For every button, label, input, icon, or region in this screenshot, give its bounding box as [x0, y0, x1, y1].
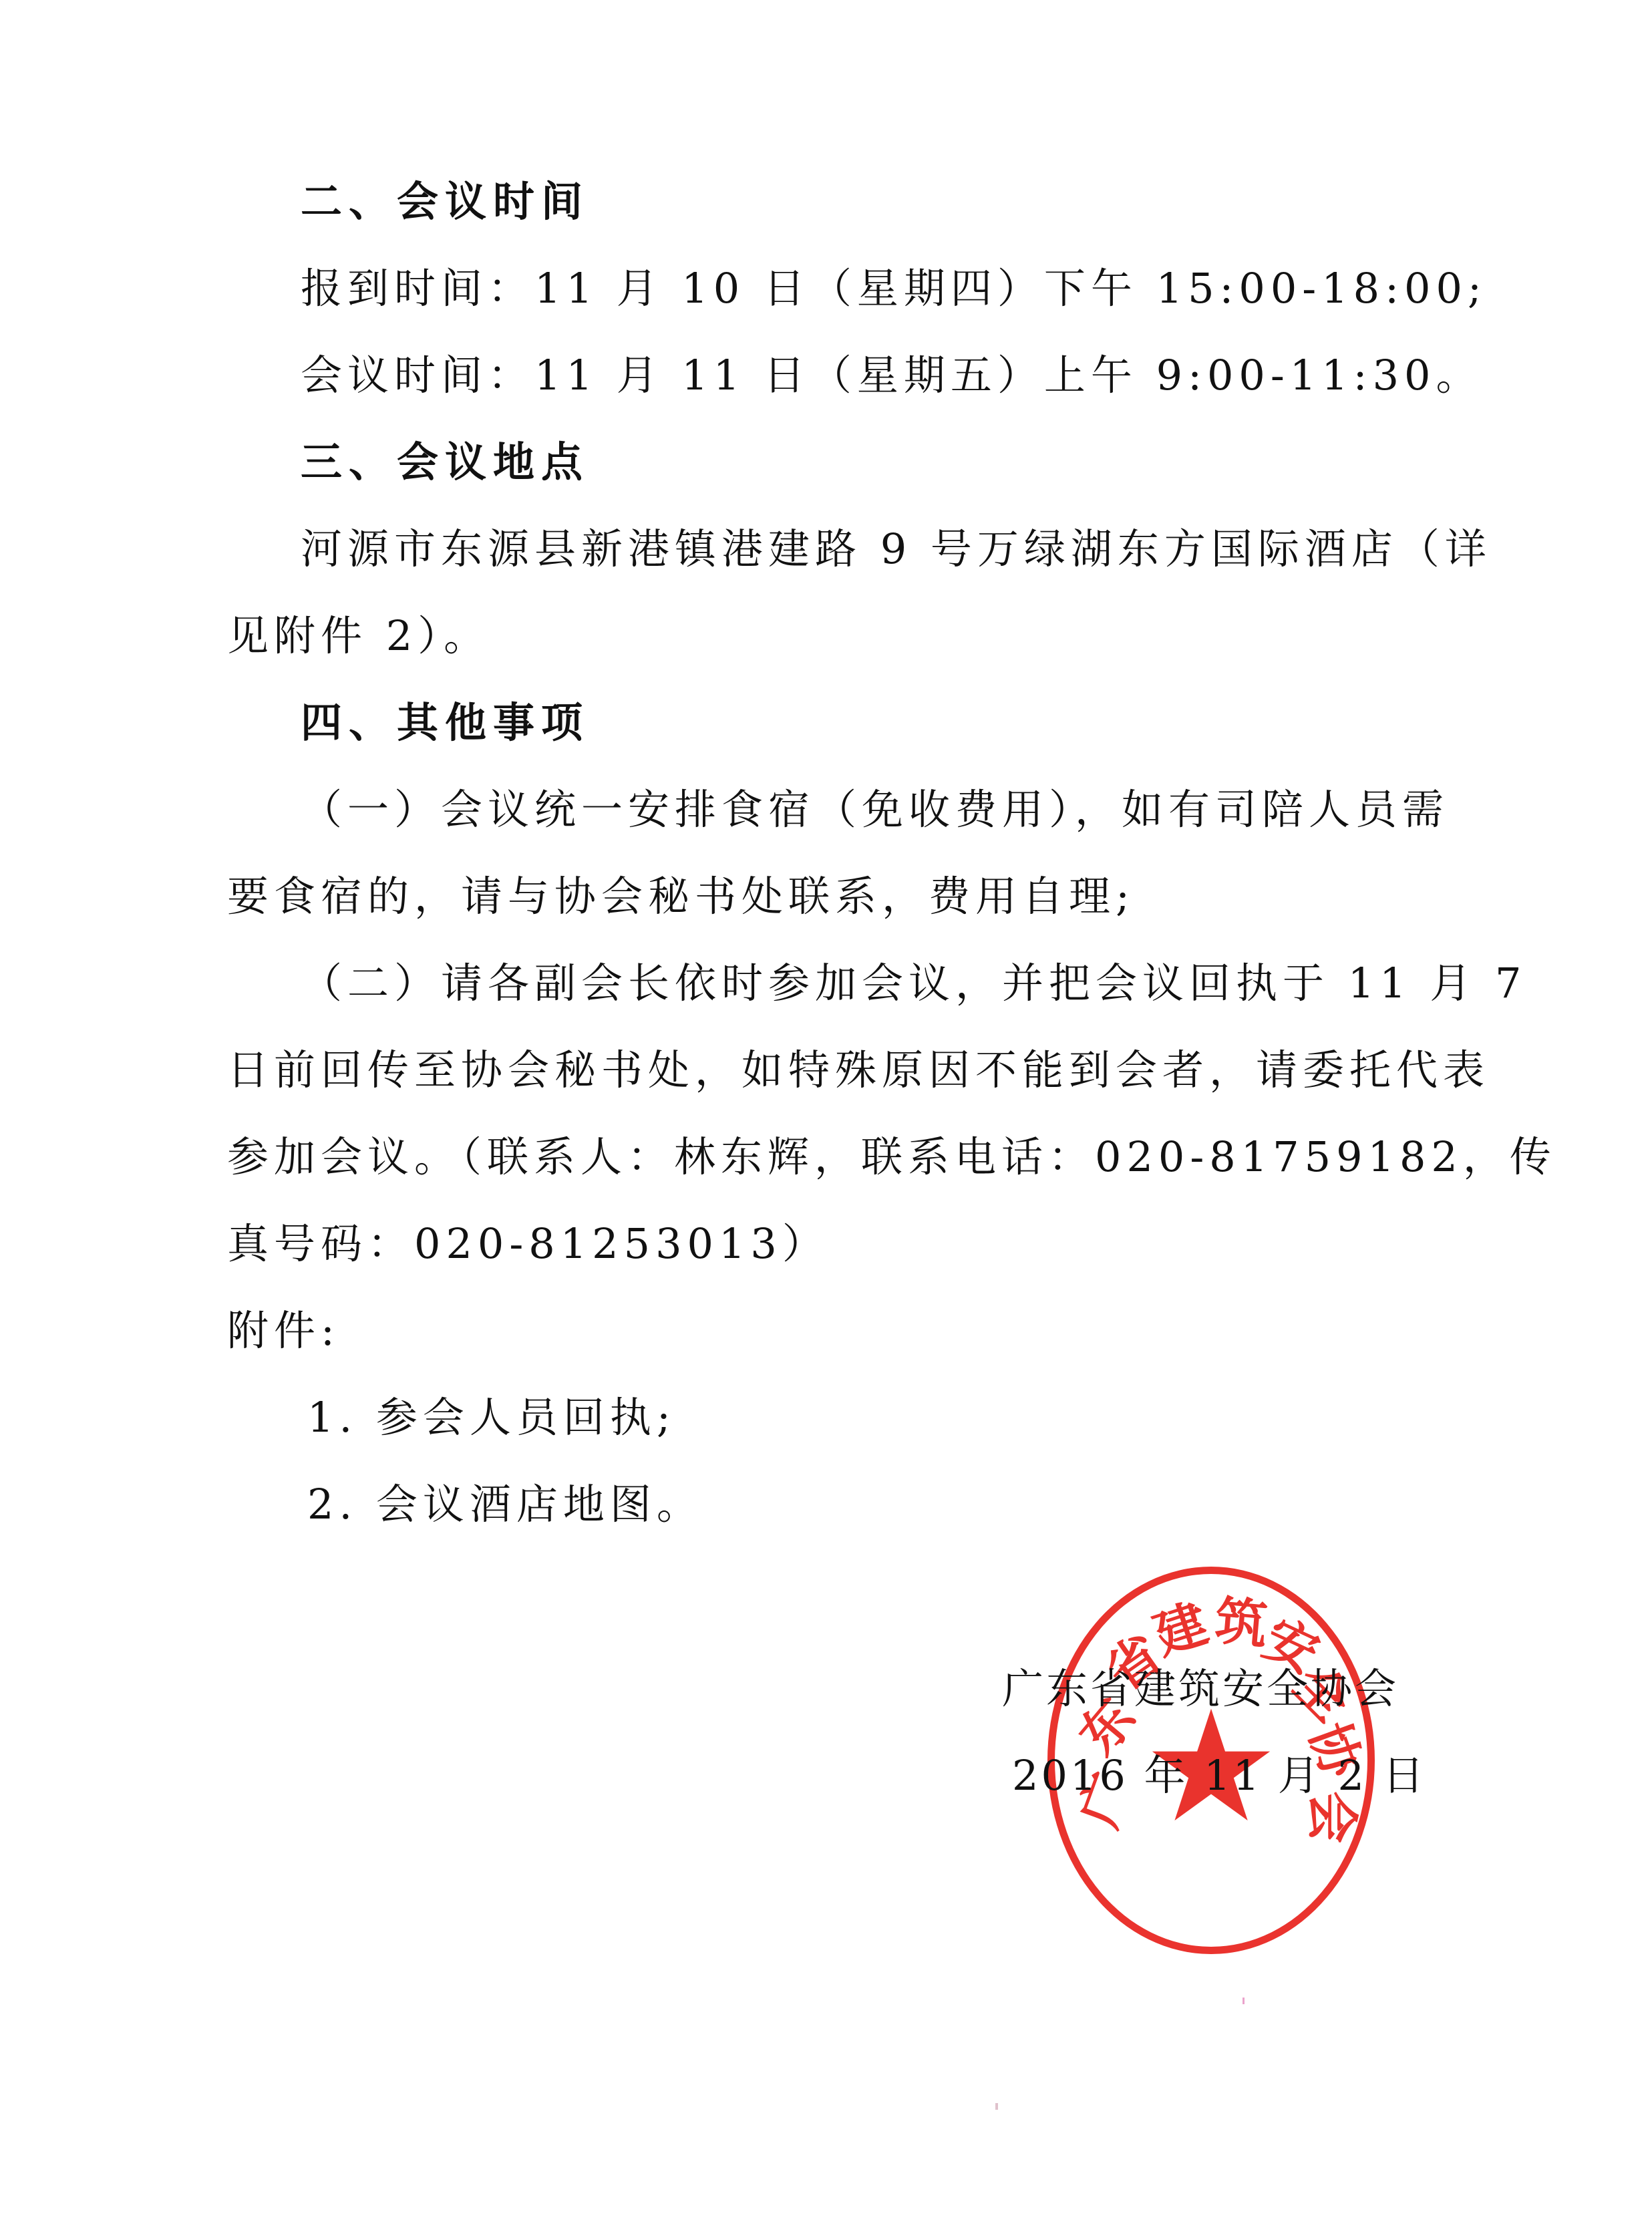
location-text-line-2: 见附件 2）。: [227, 609, 490, 663]
other-item-2-line-3: 参加会议。（联系人：林东辉，联系电话：020-81759182，传: [227, 1130, 1556, 1184]
registration-time: 报到时间：11 月 10 日（星期四）下午 15:00-18:00;: [301, 262, 1487, 315]
seal-char: 筑: [1213, 1595, 1270, 1652]
other-item-2-line-2: 日前回传至协会秘书处，如特殊原因不能到会者，请委托代表: [227, 1044, 1490, 1097]
other-item-2-line-1: （二）请各副会长依时参加会议，并把会议回执于 11 月 7: [301, 957, 1526, 1010]
section-heading-meeting-time: 二、会议时间: [301, 175, 589, 228]
meeting-time: 会议时间：11 月 11 日（星期五）上午 9:00-11:30。: [301, 349, 1482, 402]
scan-speck: [995, 2103, 998, 2110]
document-page: 二、会议时间 报到时间：11 月 10 日（星期四）下午 15:00-18:00…: [0, 0, 1652, 2224]
section-heading-meeting-location: 三、会议地点: [301, 436, 589, 489]
signature-date: 2016 年 11 月 2 日: [1012, 1749, 1427, 1802]
other-item-1-line-1: （一）会议统一安排食宿（免收费用），如有司陪人员需: [301, 783, 1449, 836]
attachments-label: 附件:: [227, 1304, 340, 1358]
signature-organization: 广东省建筑安全协会: [1002, 1662, 1399, 1716]
section-heading-other-matters: 四、其他事项: [301, 696, 589, 750]
attachment-item-1: 1. 参会人员回执;: [307, 1391, 676, 1444]
other-item-1-line-2: 要食宿的，请与协会秘书处联系，费用自理;: [227, 870, 1135, 923]
scan-speck: [1243, 1998, 1245, 2004]
location-text-line-1: 河源市东源县新港镇港建路 9 号万绿湖东方国际酒店（详: [301, 522, 1492, 576]
other-item-2-line-4: 真号码：020-81253013）: [227, 1217, 829, 1271]
attachment-item-2: 2. 会议酒店地图。: [307, 1478, 703, 1531]
